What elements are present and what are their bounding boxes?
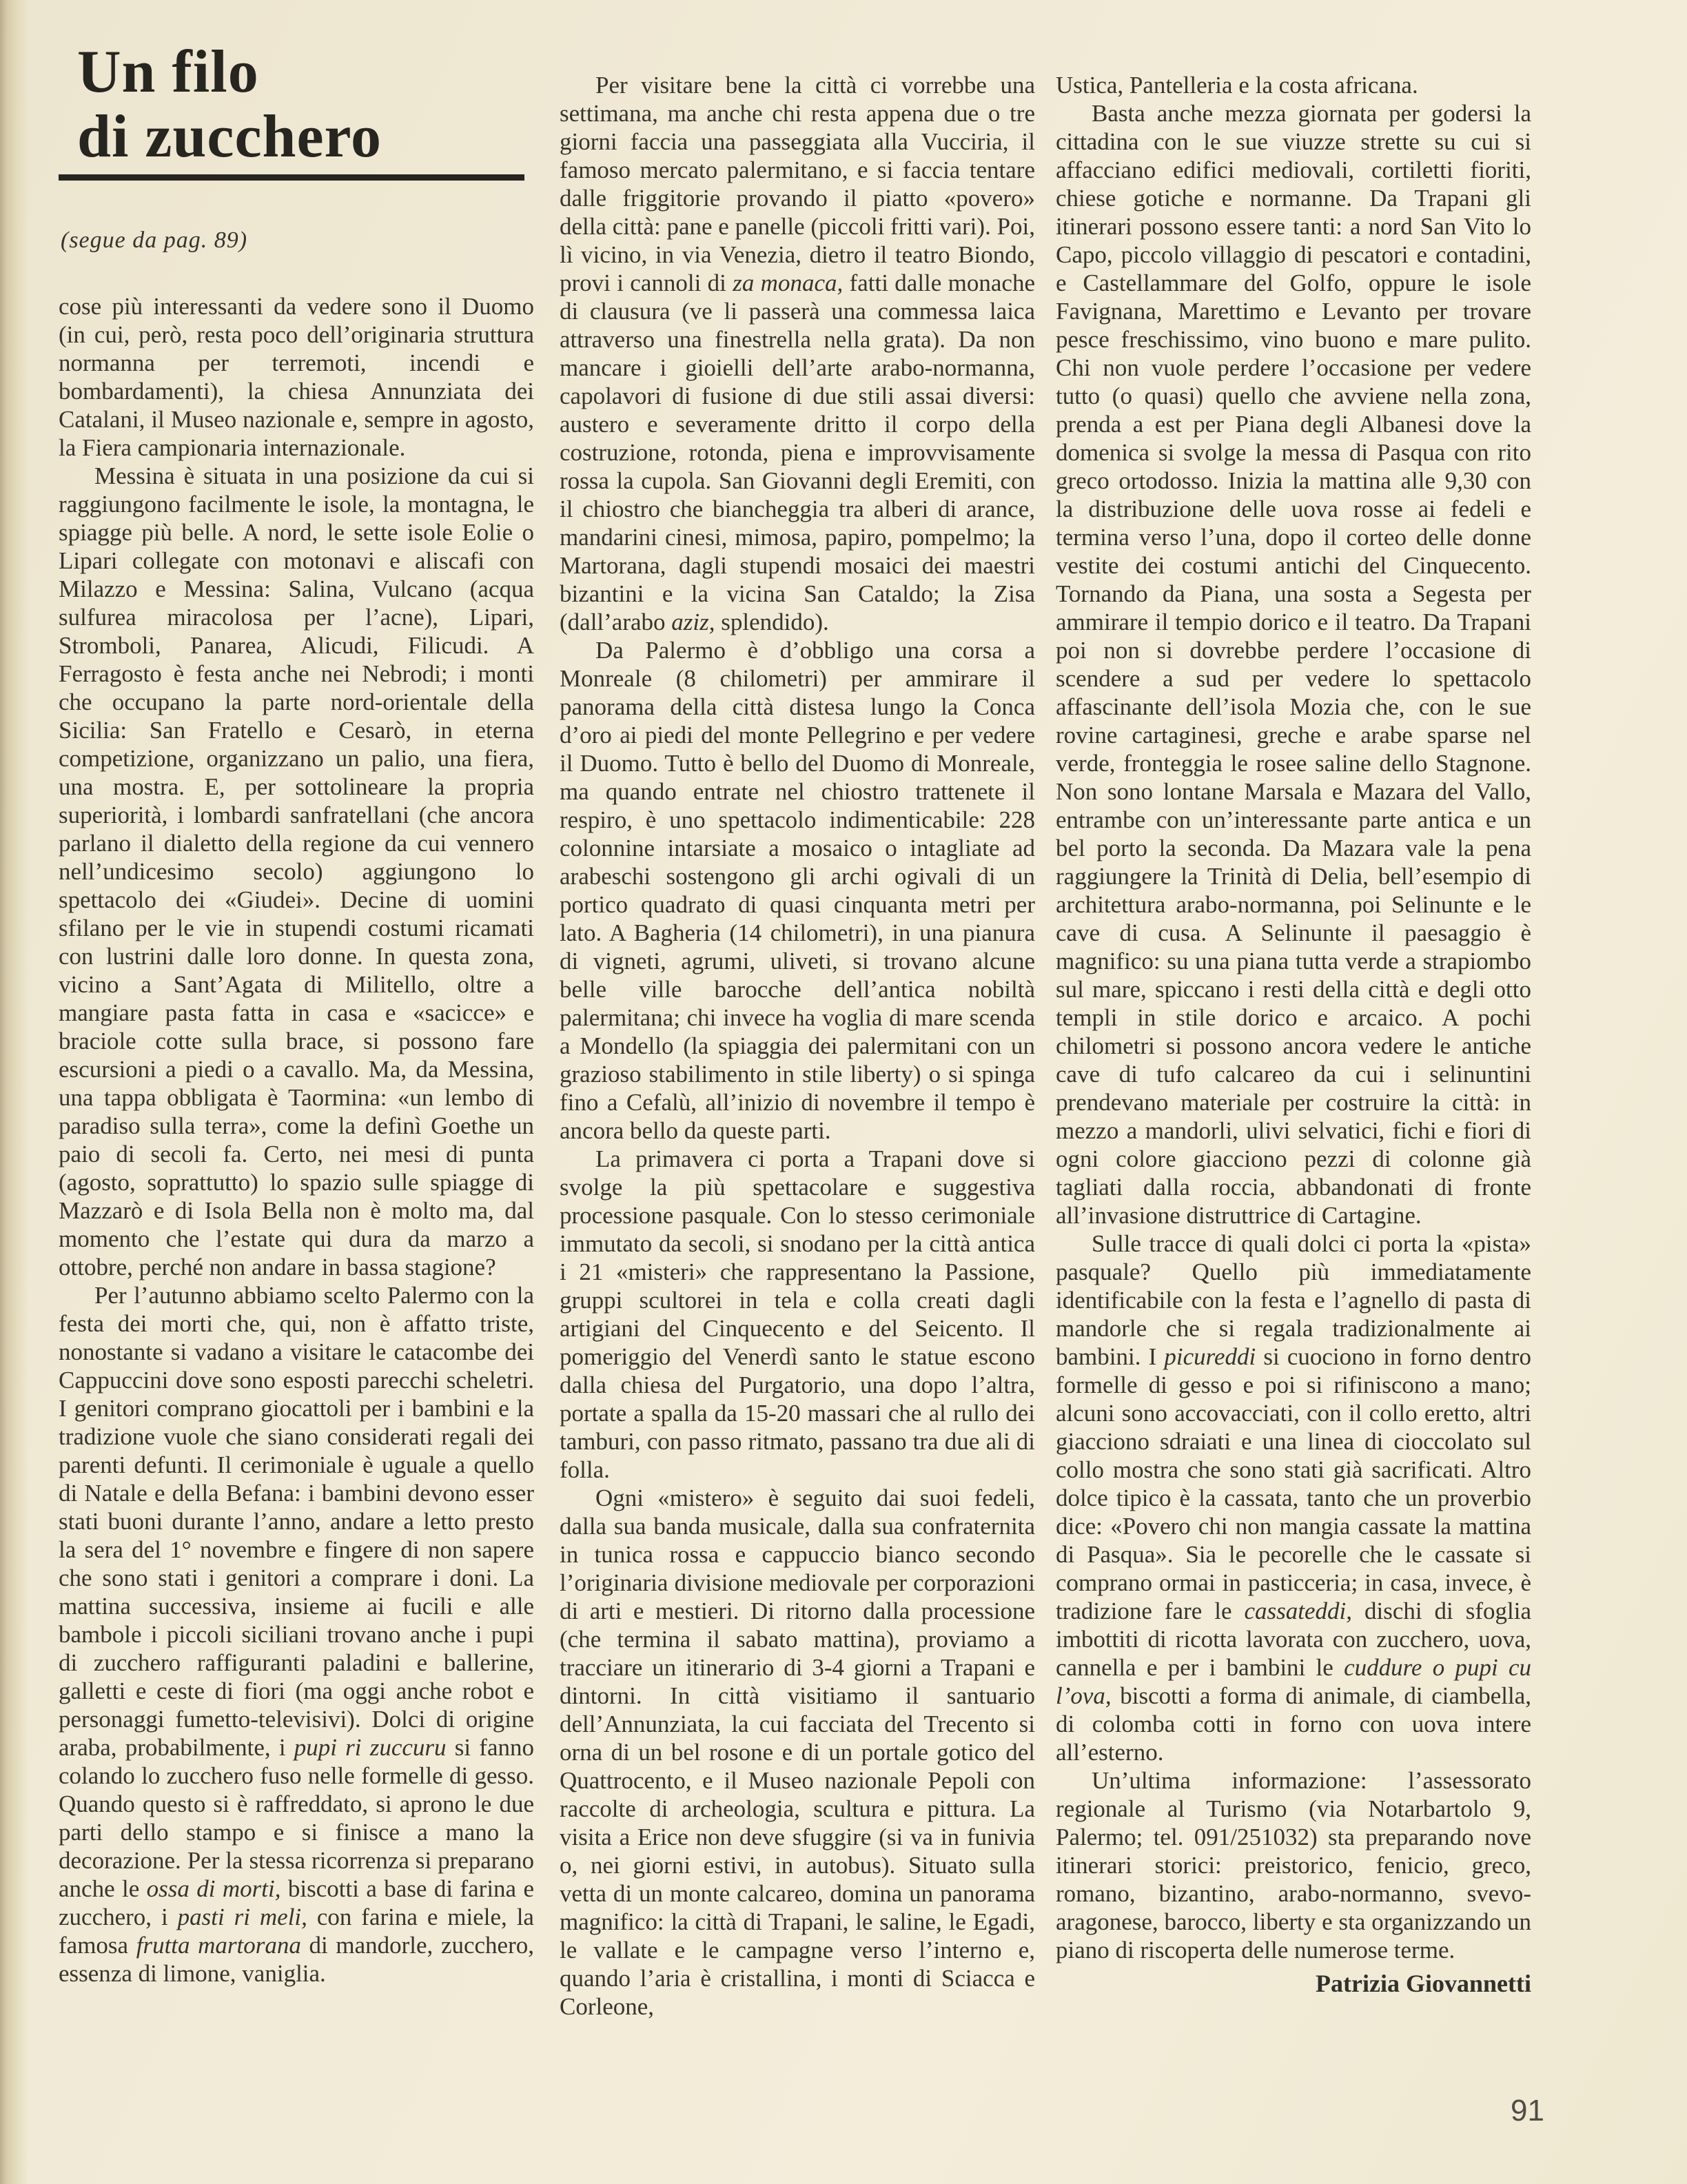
column-3-paragraphs: Ustica, Pantelleria e la costa africana.… xyxy=(1056,71,1531,1964)
page-number: 91 xyxy=(1511,2094,1544,2128)
italic-text-run: aziz, xyxy=(671,609,715,635)
italic-text-run: pasti ri meli, xyxy=(178,1904,307,1930)
text-run: Basta anche mezza giornata per godersi l… xyxy=(1056,100,1531,1229)
article-title-line2: di zucchero xyxy=(77,105,382,170)
text-column-1: cose più interessanti da vedere sono il … xyxy=(59,292,534,1988)
magazine-page: Un filodi zucchero (segue da pag. 89) co… xyxy=(0,0,1687,2184)
paragraph: Basta anche mezza giornata per godersi l… xyxy=(1056,99,1531,1229)
text-run: Per l’autunno abbiamo scelto Palermo con… xyxy=(59,1282,534,1761)
text-run: cose più interessanti da vedere sono il … xyxy=(59,293,534,461)
paragraph: Per visitare bene la città ci vorrebbe u… xyxy=(560,71,1035,636)
text-run: La primavera ci porta a Trapani dove si … xyxy=(560,1145,1035,1483)
text-run: biscotti a forma di animale, di ciambell… xyxy=(1056,1682,1531,1766)
text-run: splendido). xyxy=(715,609,829,635)
italic-text-run: ossa di morti, xyxy=(147,1875,281,1902)
italic-text-run: za monaca, xyxy=(733,269,843,296)
italic-text-run: frutta martorana xyxy=(136,1932,301,1959)
text-run: Da Palermo è d’obbligo una corsa a Monre… xyxy=(560,637,1035,1144)
article-title: Un filodi zucchero xyxy=(77,40,382,170)
paragraph: Per l’autunno abbiamo scelto Palermo con… xyxy=(59,1281,534,1988)
italic-text-run: pupi ri zuccuru xyxy=(294,1734,447,1761)
continuation-note: (segue da pag. 89) xyxy=(61,227,247,254)
paragraph: Ustica, Pantelleria e la costa africana. xyxy=(1056,71,1531,99)
text-run: Per visitare bene la città ci vorrebbe u… xyxy=(560,72,1035,296)
text-run: fatti dalle monache di clausura (ve li p… xyxy=(560,269,1035,635)
column-1-paragraphs: cose più interessanti da vedere sono il … xyxy=(59,292,534,1988)
scan-left-edge xyxy=(0,0,29,2184)
author-byline: Patrizia Giovannetti xyxy=(1056,1970,1531,1998)
paragraph: cose più interessanti da vedere sono il … xyxy=(59,292,534,462)
text-run: Ogni «mistero» è seguito dai suoi fedeli… xyxy=(560,1484,1035,2020)
text-run: Un’ultima informazione: l’assessorato re… xyxy=(1056,1767,1531,1963)
text-column-3: Ustica, Pantelleria e la costa africana.… xyxy=(1056,71,1531,1998)
paragraph: Sulle tracce di quali dolci ci porta la … xyxy=(1056,1229,1531,1766)
italic-text-run: cassateddi, xyxy=(1244,1598,1352,1624)
paragraph: Ogni «mistero» è seguito dai suoi fedeli… xyxy=(560,1484,1035,2021)
title-rule xyxy=(59,174,524,181)
paragraph: Messina è situata in una posizione da cu… xyxy=(59,462,534,1281)
text-run: Ustica, Pantelleria e la costa africana. xyxy=(1056,72,1418,99)
article-title-line1: Un filo xyxy=(77,40,382,105)
text-run: Messina è situata in una posizione da cu… xyxy=(59,462,534,1280)
paragraph: Un’ultima informazione: l’assessorato re… xyxy=(1056,1766,1531,1964)
text-run: si cuociono in forno dentro formelle di … xyxy=(1056,1343,1531,1624)
text-column-2: Per visitare bene la città ci vorrebbe u… xyxy=(560,71,1035,2021)
italic-text-run: picureddi xyxy=(1164,1343,1256,1370)
column-2-paragraphs: Per visitare bene la città ci vorrebbe u… xyxy=(560,71,1035,2021)
paragraph: La primavera ci porta a Trapani dove si … xyxy=(560,1145,1035,1484)
paragraph: Da Palermo è d’obbligo una corsa a Monre… xyxy=(560,636,1035,1145)
